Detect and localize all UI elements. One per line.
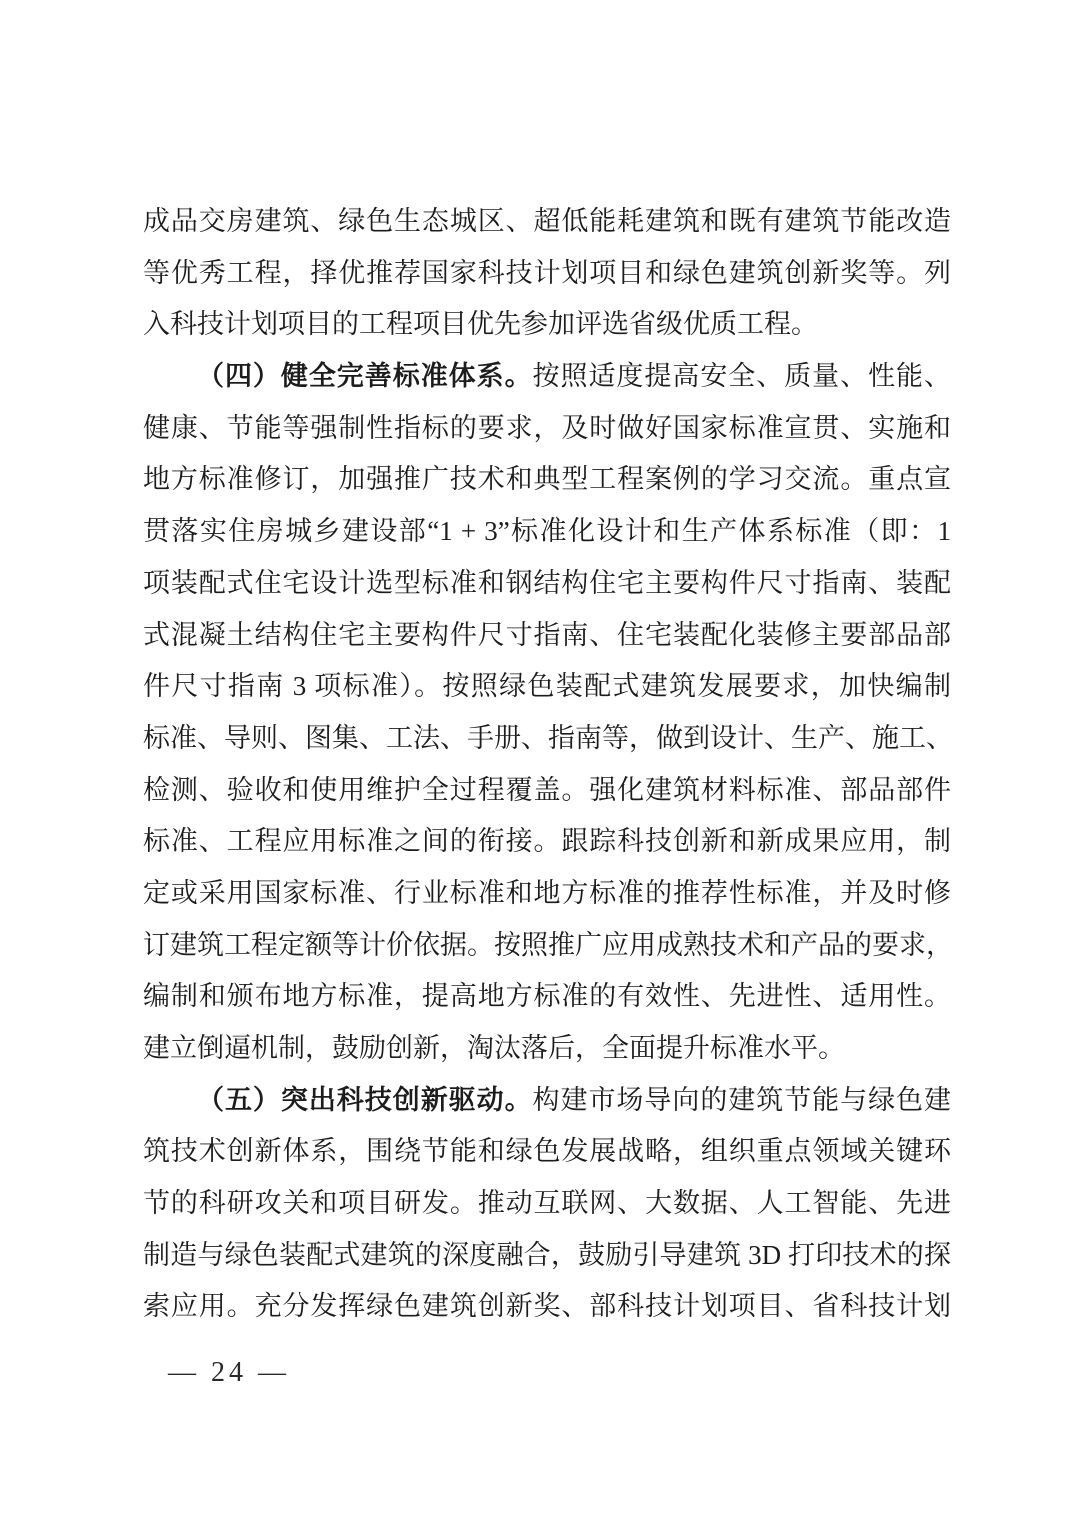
text-line: 项装配式住宅设计选型标准和钢结构住宅主要构件尺寸指南、装配 bbox=[143, 558, 951, 610]
body-text: 构建市场导向的建筑节能与绿色建 bbox=[533, 1085, 951, 1115]
body-text: 订建筑工程定额等计价依据。按照推广应用成熟技术和产品的要求， bbox=[143, 930, 953, 960]
body-text: 定或采用国家标准、行业标准和地方标准的推荐性标准，并及时修 bbox=[143, 878, 951, 908]
text-line: 订建筑工程定额等计价依据。按照推广应用成熟技术和产品的要求， bbox=[143, 920, 951, 972]
body-text: 按照适度提高安全、质量、性能、 bbox=[533, 361, 951, 391]
body-text: 等优秀工程，择优推荐国家科技计划项目和绿色建筑创新奖等。列 bbox=[143, 258, 951, 288]
body-text: 标准、工程应用标准之间的衔接。跟踪科技创新和新成果应用，制 bbox=[143, 826, 951, 856]
document-page: 成品交房建筑、绿色生态城区、超低能耗建筑和既有建筑节能改造等优秀工程，择优推荐国… bbox=[0, 0, 1080, 1527]
text-line: 建立倒逼机制，鼓励创新，淘汰落后，全面提升标准水平。 bbox=[143, 1023, 951, 1075]
text-line: 定或采用国家标准、行业标准和地方标准的推荐性标准，并及时修 bbox=[143, 868, 951, 920]
text-line: 编制和颁布地方标准，提高地方标准的有效性、先进性、适用性。 bbox=[143, 971, 951, 1023]
body-text: 项装配式住宅设计选型标准和钢结构住宅主要构件尺寸指南、装配 bbox=[143, 568, 951, 598]
body-text: 建立倒逼机制，鼓励创新，淘汰落后，全面提升标准水平。 bbox=[143, 1033, 845, 1063]
text-line: 索应用。充分发挥绿色建筑创新奖、部科技计划项目、省科技计划 bbox=[143, 1281, 951, 1333]
text-line: 健康、节能等强制性指标的要求，及时做好国家标准宣贯、实施和 bbox=[143, 403, 951, 455]
body-text: 标准、导则、图集、工法、手册、指南等，做到设计、生产、施工、 bbox=[143, 723, 953, 753]
text-line: 筑技术创新体系，围绕节能和绿色发展战略，组织重点领域关键环 bbox=[143, 1126, 951, 1178]
text-line: 式混凝土结构住宅主要构件尺寸指南、住宅装配化装修主要部品部 bbox=[143, 610, 951, 662]
page-number: — 24 — bbox=[168, 1351, 290, 1395]
text-line: （五）突出科技创新驱动。构建市场导向的建筑节能与绿色建 bbox=[143, 1075, 951, 1127]
body-text: 节的科研攻关和项目研发。推动互联网、大数据、人工智能、先进 bbox=[143, 1188, 951, 1218]
text-line: 入科技计划项目的工程项目优先参加评选省级优质工程。 bbox=[143, 299, 951, 351]
text-line: 节的科研攻关和项目研发。推动互联网、大数据、人工智能、先进 bbox=[143, 1178, 951, 1230]
body-text: 索应用。充分发挥绿色建筑创新奖、部科技计划项目、省科技计划 bbox=[143, 1291, 951, 1321]
body-text: 入科技计划项目的工程项目优先参加评选省级优质工程。 bbox=[143, 309, 818, 339]
body-text: 制造与绿色装配式建筑的深度融合，鼓励引导建筑 3D 打印技术的探 bbox=[143, 1240, 951, 1270]
text-line: 制造与绿色装配式建筑的深度融合，鼓励引导建筑 3D 打印技术的探 bbox=[143, 1230, 951, 1282]
text-line: 成品交房建筑、绿色生态城区、超低能耗建筑和既有建筑节能改造 bbox=[143, 196, 951, 248]
text-line: 标准、工程应用标准之间的衔接。跟踪科技创新和新成果应用，制 bbox=[143, 816, 951, 868]
text-line: 标准、导则、图集、工法、手册、指南等，做到设计、生产、施工、 bbox=[143, 713, 951, 765]
body-text: 式混凝土结构住宅主要构件尺寸指南、住宅装配化装修主要部品部 bbox=[143, 620, 951, 650]
body-text: 件尺寸指南 3 项标准）。按照绿色装配式建筑发展要求，加快编制 bbox=[143, 671, 951, 701]
body-text: 成品交房建筑、绿色生态城区、超低能耗建筑和既有建筑节能改造 bbox=[143, 206, 951, 236]
body-text: 检测、验收和使用维护全过程覆盖。强化建筑材料标准、部品部件 bbox=[143, 775, 951, 805]
body-text: 健康、节能等强制性指标的要求，及时做好国家标准宣贯、实施和 bbox=[143, 413, 951, 443]
body-text: 编制和颁布地方标准，提高地方标准的有效性、先进性、适用性。 bbox=[143, 981, 951, 1011]
section-heading-text: （五）突出科技创新驱动。 bbox=[197, 1085, 533, 1115]
text-line: 等优秀工程，择优推荐国家科技计划项目和绿色建筑创新奖等。列 bbox=[143, 248, 951, 300]
body-text: 地方标准修订，加强推广技术和典型工程案例的学习交流。重点宣 bbox=[143, 464, 951, 494]
text-line: 地方标准修订，加强推广技术和典型工程案例的学习交流。重点宣 bbox=[143, 454, 951, 506]
document-body: 成品交房建筑、绿色生态城区、超低能耗建筑和既有建筑节能改造等优秀工程，择优推荐国… bbox=[143, 196, 951, 1333]
body-text: 筑技术创新体系，围绕节能和绿色发展战略，组织重点领域关键环 bbox=[143, 1136, 951, 1166]
section-heading-text: （四）健全完善标准体系。 bbox=[197, 361, 533, 391]
text-line: 贯落实住房城乡建设部“1 + 3”标准化设计和生产体系标准（即：1 bbox=[143, 506, 951, 558]
text-line: （四）健全完善标准体系。按照适度提高安全、质量、性能、 bbox=[143, 351, 951, 403]
text-line: 检测、验收和使用维护全过程覆盖。强化建筑材料标准、部品部件 bbox=[143, 765, 951, 817]
body-text: 贯落实住房城乡建设部“1 + 3”标准化设计和生产体系标准（即：1 bbox=[143, 516, 951, 546]
text-line: 件尺寸指南 3 项标准）。按照绿色装配式建筑发展要求，加快编制 bbox=[143, 661, 951, 713]
